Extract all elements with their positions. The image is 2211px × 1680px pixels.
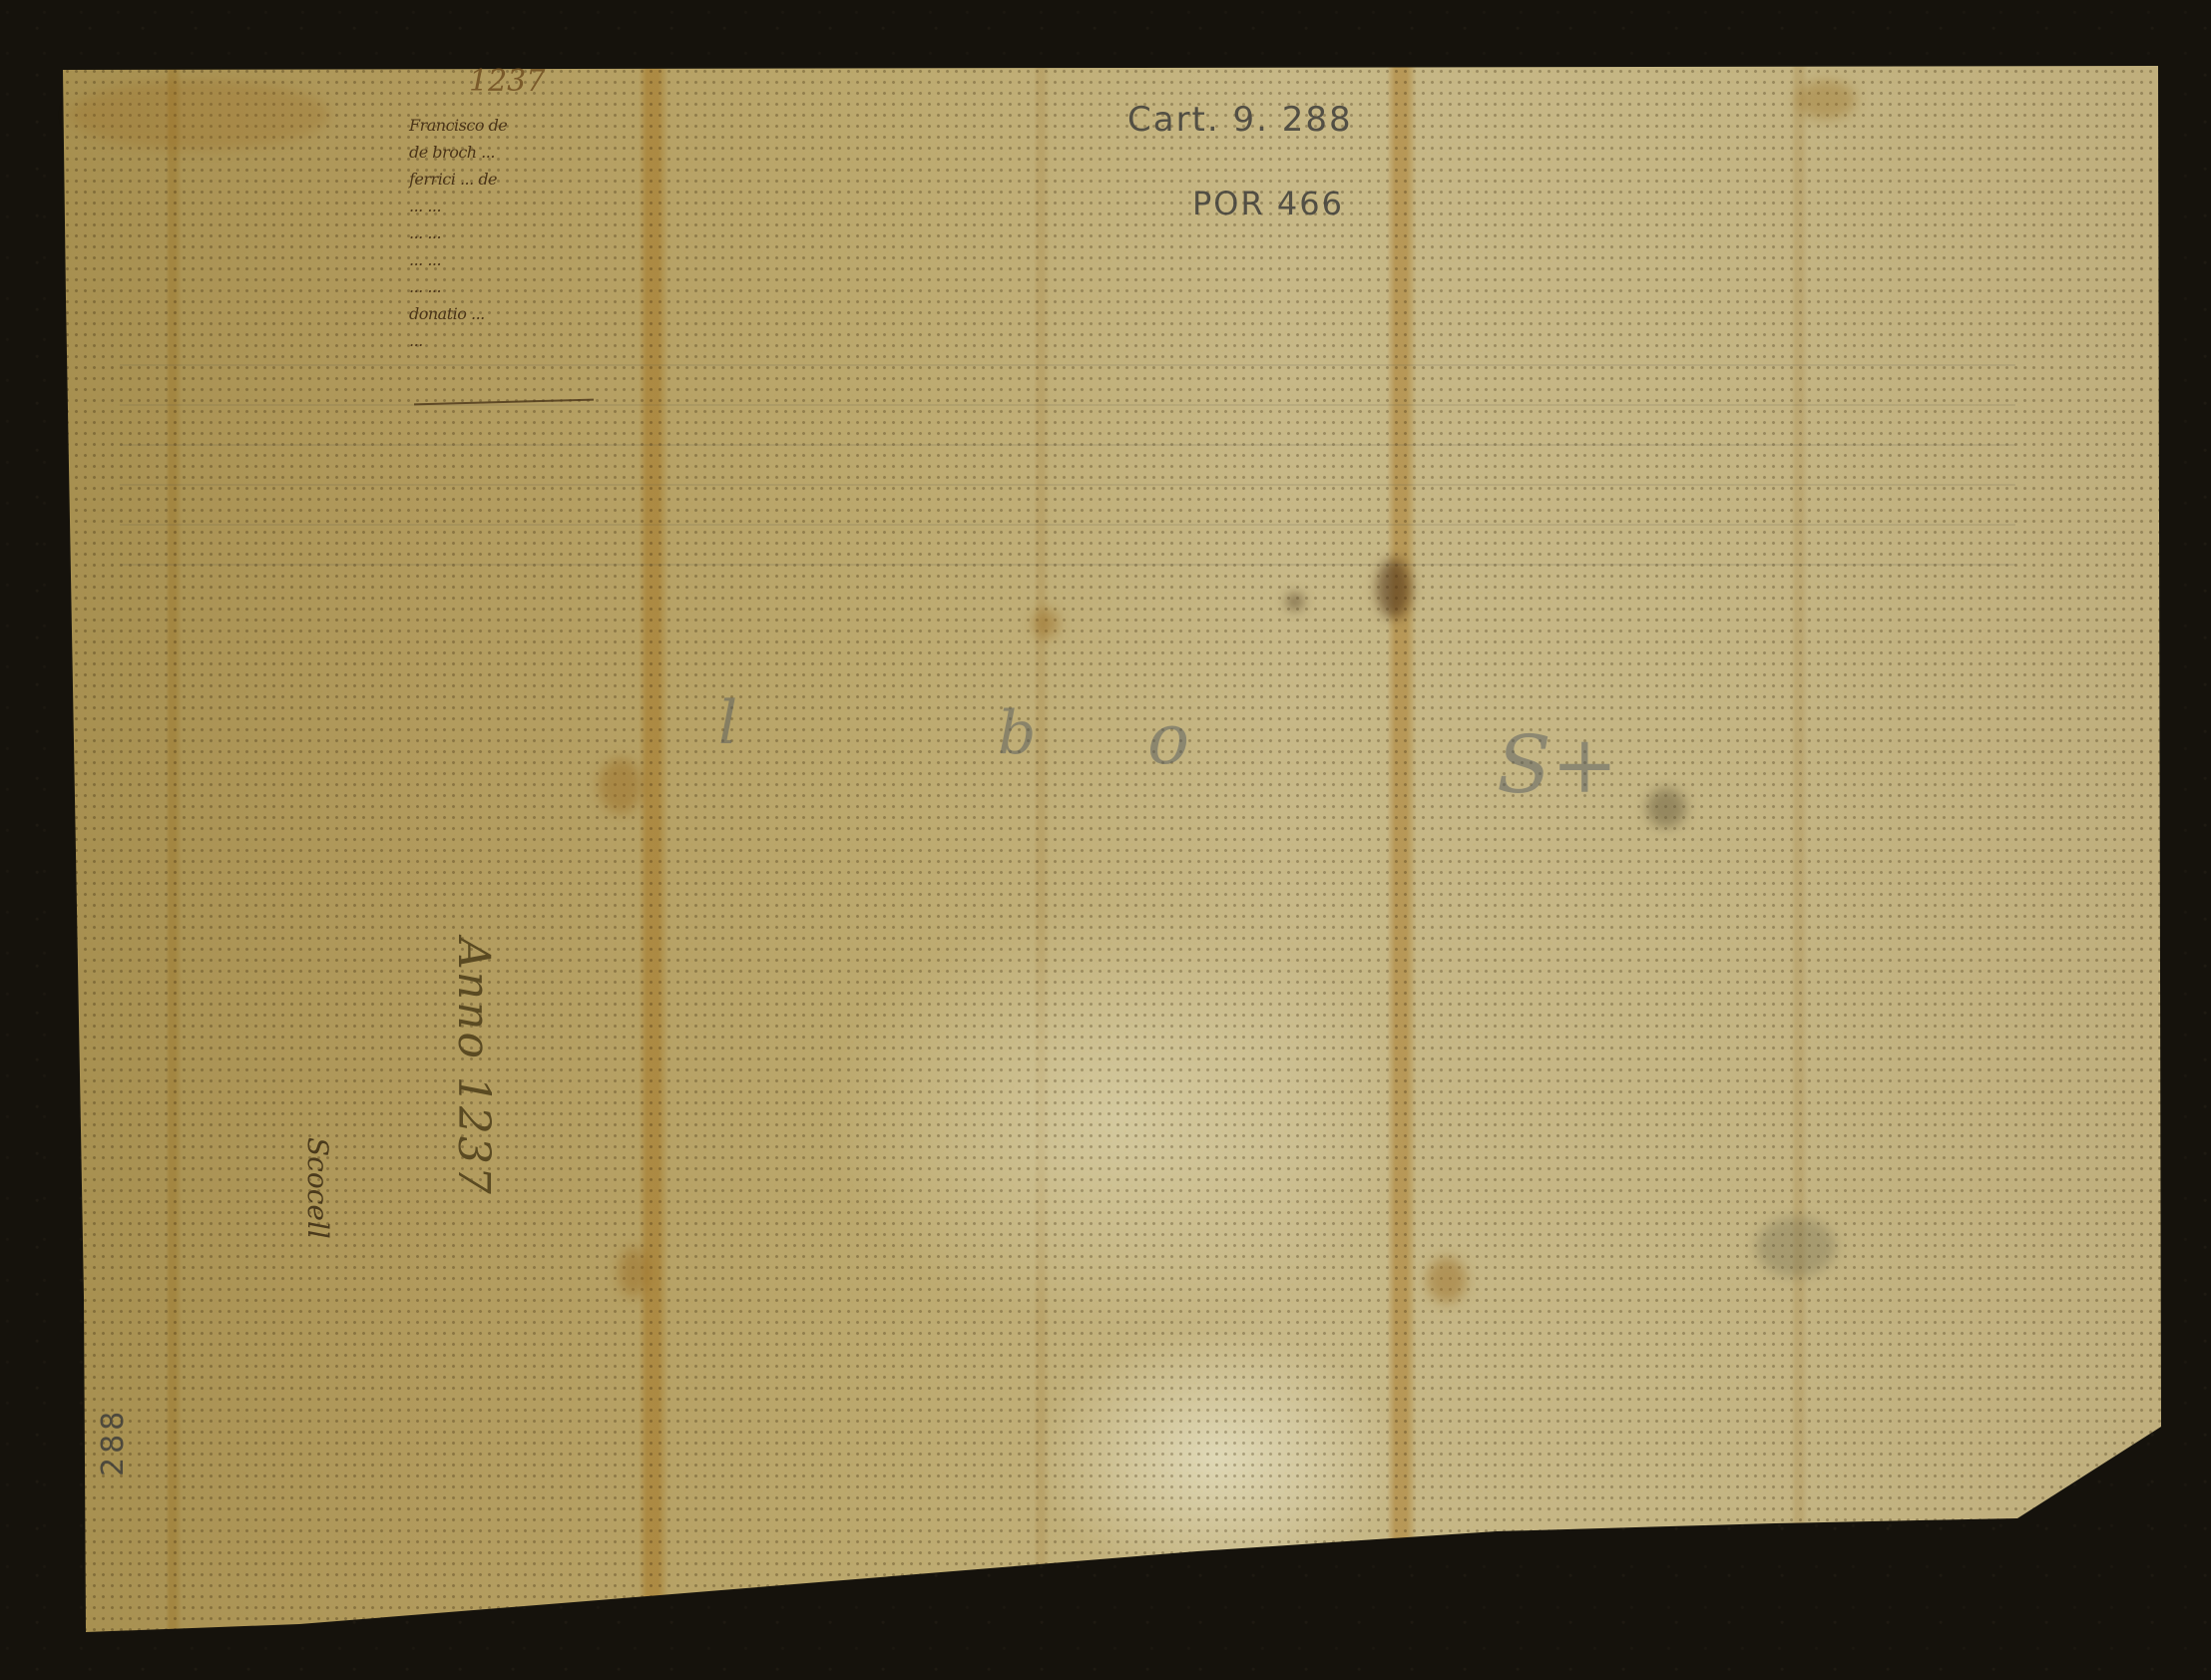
summary-line: Francisco de — [409, 112, 507, 139]
summary-line: ... ... — [409, 193, 507, 219]
summary-line: ... ... — [409, 273, 507, 300]
vertical-word: Scocell — [301, 1137, 334, 1239]
stain — [1427, 1257, 1467, 1303]
show-through-line — [120, 404, 2015, 406]
stain — [1287, 594, 1303, 610]
show-through-line — [120, 484, 2015, 486]
dorsal-summary: Francisco de de broch ... ferrici ... de… — [409, 112, 507, 354]
summary-line: ferrici ... de — [409, 166, 507, 193]
stain — [1756, 1217, 1836, 1277]
show-through-mark: b — [998, 698, 1036, 768]
show-through-line — [120, 524, 2015, 526]
shelfmark-line-1: Cart. 9. 288 — [1127, 100, 1353, 140]
show-through-mark: o — [1147, 698, 1189, 780]
scan-background: S+ o l b Cart. 9. 288 POR 466 288 1237 F… — [0, 0, 2211, 1680]
summary-line: de broch ... — [409, 139, 507, 166]
summary-line: ... — [409, 327, 507, 354]
stain — [619, 1247, 649, 1297]
margin-number: 288 — [96, 1408, 131, 1476]
dorsal-date: 1237 — [469, 64, 545, 99]
stain — [1646, 788, 1686, 828]
show-through-line — [120, 444, 2015, 446]
shelfmark-line-2: POR 466 — [1192, 185, 1344, 222]
summary-line: donatio ... — [409, 300, 507, 327]
stain — [1796, 80, 1856, 120]
summary-line: ... ... — [409, 246, 507, 273]
stain — [1377, 559, 1411, 619]
show-through-line — [120, 364, 2015, 366]
show-through-mark: S+ — [1497, 718, 1618, 811]
show-through-line — [120, 564, 2015, 566]
stain — [70, 80, 329, 150]
parchment-sheet — [0, 0, 2211, 1680]
stain — [1033, 609, 1059, 638]
vertical-date: Anno 1237 — [448, 938, 499, 1196]
stain — [599, 758, 643, 814]
summary-line: ... ... — [409, 219, 507, 246]
show-through-mark: l — [718, 688, 737, 758]
